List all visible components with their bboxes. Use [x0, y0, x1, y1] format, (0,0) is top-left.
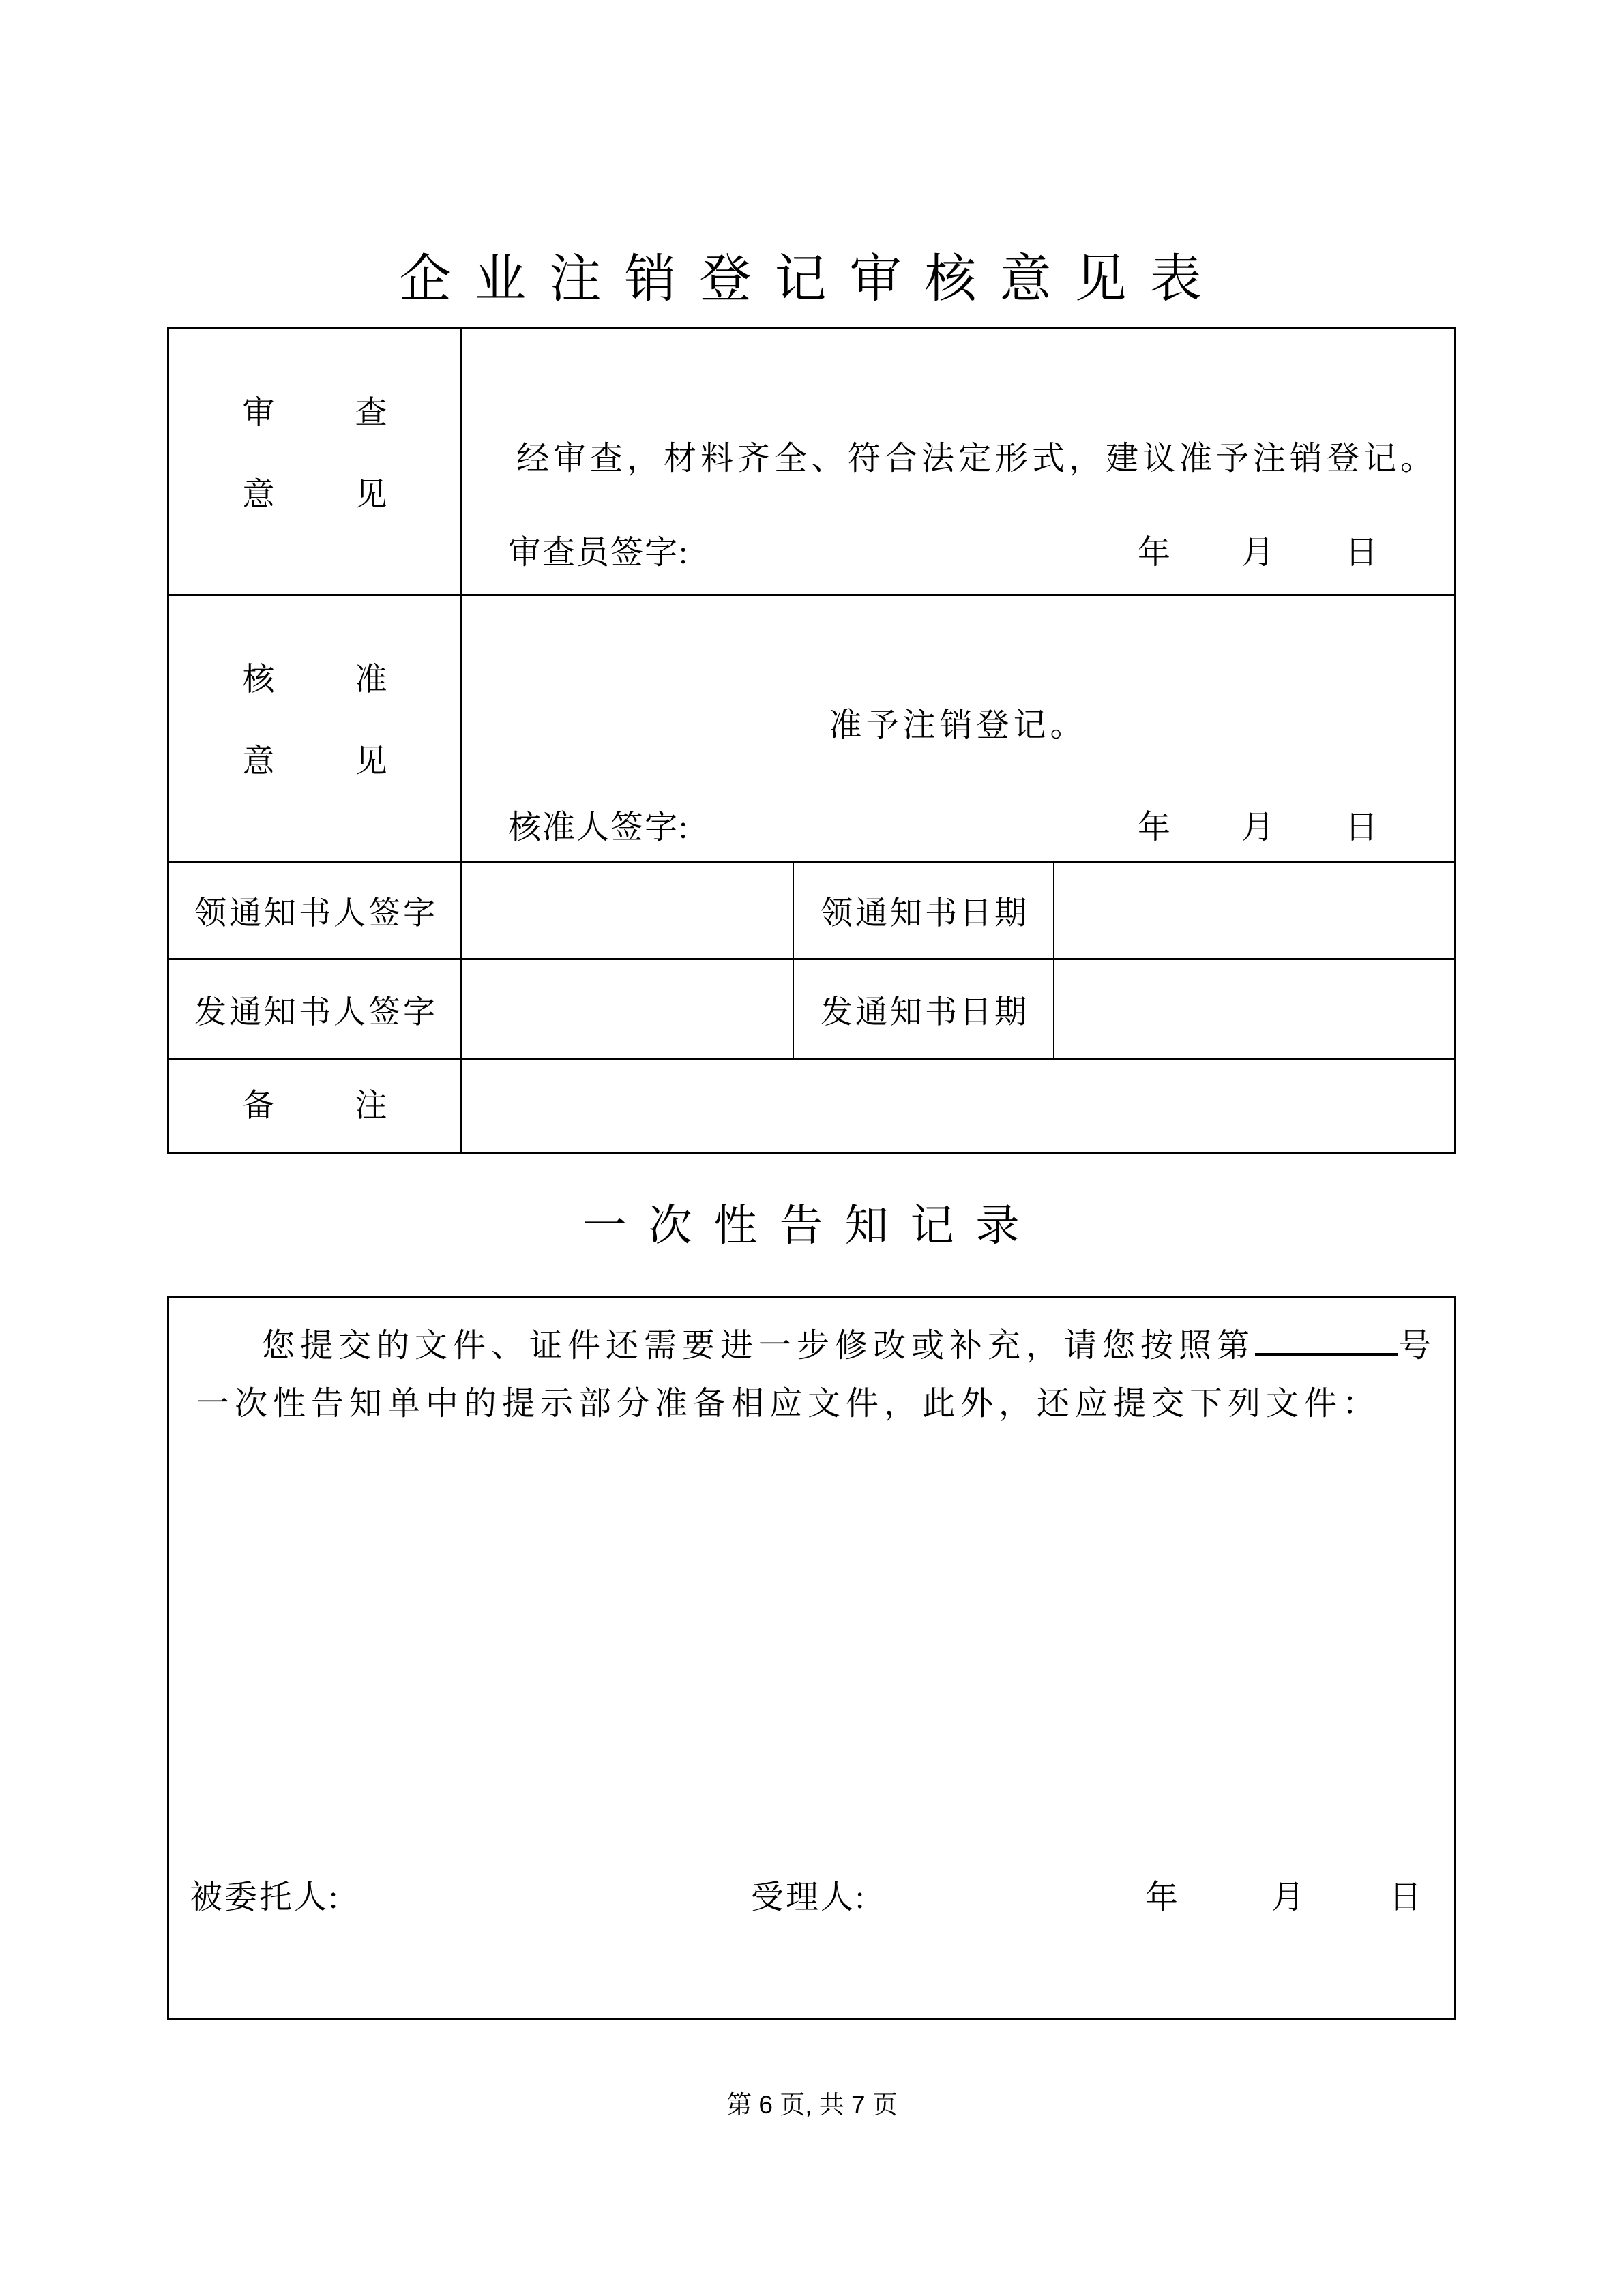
receive-notice-signer-field — [460, 861, 793, 958]
page-footer: 第 6 页, 共 7 页 — [0, 2084, 1624, 2121]
review-label-line-1: 审 查 — [243, 398, 387, 430]
remark-label-cell: 备 注 — [169, 1058, 460, 1152]
approval-date-line: 年 月 日 — [1138, 801, 1378, 848]
review-opinion-content-cell: 经审查，材料齐全、符合法定形式，建议准予注销登记。 审查员签字: 年 月 日 — [460, 329, 1454, 594]
blank-underline — [1255, 1353, 1398, 1356]
reviewer-signature-label: 审查员签字: — [508, 526, 689, 573]
entrusted-person-label: 被委托人: — [190, 1870, 340, 1918]
remark-field — [460, 1058, 1454, 1152]
approval-label-char: 核 — [243, 664, 275, 696]
form-title: 企业注销登记审核意见表 — [0, 254, 1624, 305]
month-label: 月 — [1241, 526, 1274, 573]
receive-notice-signer-label: 领通知书人签字 — [169, 861, 460, 958]
day-label: 日 — [1345, 801, 1378, 848]
notice-paragraph-line-2: 一次性告知单中的提示部分准备相应文件，此外，还应提交下列文件： — [196, 1375, 1445, 1433]
review-label-char: 见 — [355, 479, 387, 511]
notice-signature-row: 被委托人: 受理人: 年 月 日 — [169, 1870, 1454, 1913]
notice-paragraph: 您提交的文件、证件还需要进一步修改或补充，请您按照第号 一次性告知单中的提示部分… — [196, 1317, 1445, 1433]
approval-label-line-1: 核 准 — [243, 664, 387, 696]
send-notice-signer-label: 发通知书人签字 — [169, 958, 460, 1058]
remark-label-line: 备 注 — [243, 1090, 387, 1122]
notice-record-table: 您提交的文件、证件还需要进一步修改或补充，请您按照第号 一次性告知单中的提示部分… — [167, 1296, 1456, 2020]
review-label-char: 审 — [243, 398, 275, 430]
send-notice-signer-field — [460, 958, 793, 1058]
section-title: 一次性告知记录 — [0, 1204, 1624, 1248]
year-label: 年 — [1138, 526, 1170, 573]
month-label: 月 — [1271, 1870, 1304, 1918]
year-label: 年 — [1145, 1870, 1178, 1918]
approval-label-char: 见 — [355, 746, 387, 778]
review-label-char: 意 — [243, 479, 275, 511]
notice-text-post: 号 — [1398, 1328, 1436, 1364]
day-label: 日 — [1345, 526, 1378, 573]
approval-label-line-2: 意 见 — [243, 746, 387, 778]
remark-label-char: 备 — [243, 1090, 275, 1122]
review-opinion-table: 审 查 意 见 经审查，材料齐全、符合法定形式，建议准予注销登记。 审查员签字:… — [167, 327, 1456, 1154]
notice-text-pre: 您提交的文件、证件还需要进一步修改或补充，请您按照第 — [262, 1328, 1255, 1364]
day-label: 日 — [1389, 1870, 1421, 1918]
approval-label-char: 意 — [243, 746, 275, 778]
review-date-line: 年 月 日 — [1138, 526, 1378, 573]
approval-label-char: 准 — [355, 664, 387, 696]
approval-opinion-label-cell: 核 准 意 见 — [169, 594, 460, 861]
acceptor-label: 受理人: — [751, 1870, 866, 1918]
review-opinion-text: 经审查，材料齐全、符合法定形式，建议准予注销登记。 — [516, 432, 1437, 479]
remark-label-char: 注 — [355, 1090, 387, 1122]
notice-paragraph-line-1: 您提交的文件、证件还需要进一步修改或补充，请您按照第号 — [196, 1317, 1445, 1375]
receive-notice-date-label: 领通知书日期 — [793, 861, 1053, 958]
approver-signature-label: 核准人签字: — [508, 801, 689, 848]
approval-opinion-content-cell: 准予注销登记。 核准人签字: 年 月 日 — [460, 594, 1454, 861]
review-label-line-2: 意 见 — [243, 479, 387, 511]
year-label: 年 — [1138, 801, 1170, 848]
send-notice-date-label: 发通知书日期 — [793, 958, 1053, 1058]
document-page: 企业注销登记审核意见表 审 查 意 见 经审查，材料齐全、符合法定形式，建议准予… — [0, 0, 1624, 2296]
send-notice-date-field — [1053, 958, 1454, 1058]
reviewer-signature-row: 审查员签字: 年 月 日 — [508, 526, 1378, 573]
approval-opinion-text: 准予注销登记。 — [462, 698, 1454, 745]
review-label-char: 查 — [355, 398, 387, 430]
review-opinion-label-cell: 审 查 意 见 — [169, 329, 460, 594]
receive-notice-date-field — [1053, 861, 1454, 958]
approver-signature-row: 核准人签字: 年 月 日 — [508, 801, 1378, 848]
month-label: 月 — [1241, 801, 1274, 848]
